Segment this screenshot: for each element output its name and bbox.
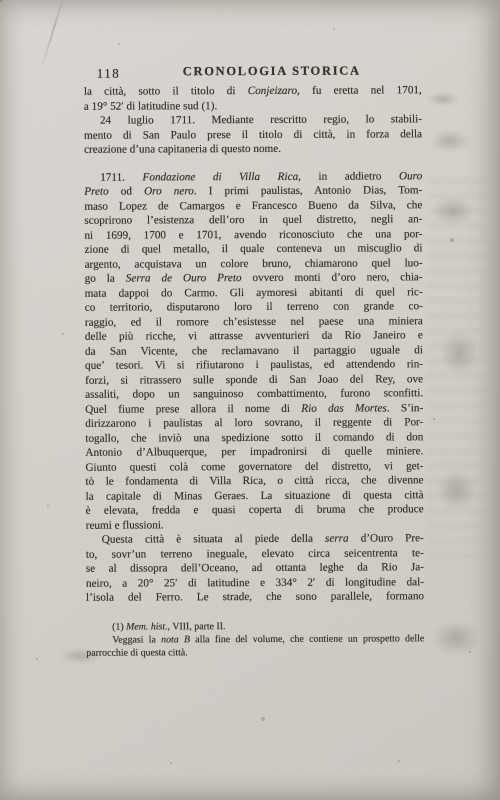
text-line: neiro, a 20° 25′ di latitudine e 334° 2′… — [86, 575, 424, 591]
text-line: que’ tesori. Vi si rifiutarono i paulist… — [85, 357, 423, 373]
ink-bleed-through — [428, 178, 484, 570]
page-number: 118 — [97, 66, 121, 82]
text-line: forzi, si ritrassero sulle sponde di San… — [85, 372, 423, 388]
text-line: dirizzarono i paulistas al loro sovrano,… — [85, 415, 423, 431]
text-line: 1711. Fondazione di Villa Rica, in addie… — [84, 169, 422, 185]
text-line: a 19° 52′ di latitudine sud (1). — [84, 98, 422, 114]
running-header-title: CRONOLOGIA STORICA — [183, 64, 361, 80]
text-line: è elevata, fredda e quasi coperta di bru… — [86, 502, 424, 518]
text-line: la capitale di Minas Geraes. La situazio… — [86, 488, 424, 504]
footnotes: (1) Mem. hist., VIII, parte II.Veggasi l… — [86, 619, 424, 659]
text-line: to, sovr’un terreno ineguale, elevato ci… — [86, 546, 424, 562]
text-line: co territorio, disputarono loro il terre… — [85, 299, 423, 315]
bleed-through-smudge — [436, 470, 476, 510]
text-line: Veggasi la nota B alla fine del volume, … — [86, 632, 424, 646]
text-line: 24 luglio 1711. Mediante rescritto regio… — [84, 112, 422, 128]
text-line: la città, sotto il titolo di Conjeizaro,… — [84, 83, 422, 99]
paper-crease — [40, 0, 66, 71]
text-line: tò le fondamenta di Villa Rica, o città … — [85, 473, 423, 489]
text-line: l’isola del Ferro. Le strade, che sono p… — [86, 589, 424, 605]
text-line: Questa città è situata al piede della se… — [86, 531, 424, 547]
text-line: scoprirono l’esistenza dell’oro in quel … — [84, 212, 422, 228]
text-line: maso Lopez de Camargos e Francesco Bueno… — [84, 198, 422, 214]
text-line: da San Vicente, che reclamavano il parta… — [85, 343, 423, 359]
text-line: assaliti, dopo un sanguinoso combattimen… — [85, 386, 423, 402]
paragraph: Veggasi la nota B alla fine del volume, … — [86, 632, 424, 659]
bleed-through-smudge — [432, 620, 480, 656]
text-line: mata dappoi do Carmo. Gli aymoresi abita… — [85, 285, 423, 301]
text-line: zione di quel metallo, il quale contenev… — [84, 241, 422, 257]
bleed-through-smudge — [430, 130, 470, 152]
body-text: la città, sotto il titolo di Conjeizaro,… — [84, 83, 424, 605]
text-line: Antonio d’Albuquerque, per impadronirsi … — [85, 444, 423, 460]
text-line: creazione d’una capitaneria di questo no… — [84, 141, 422, 157]
bleed-through-smudge — [426, 92, 460, 106]
text-line: delle più ricche, vi attrasse avventurie… — [85, 328, 423, 344]
text-line: Giunto questi colà come governatore del … — [85, 459, 423, 475]
bleed-through-smudge — [432, 196, 474, 226]
paragraph: 1711. Fondazione di Villa Rica, in addie… — [84, 169, 424, 533]
text-line: parrocchie di questa città. — [86, 645, 424, 659]
text-line: mento di San Paulo prese il titolo di ci… — [84, 127, 422, 143]
bleed-through-smudge — [440, 330, 478, 376]
dust-specks — [0, 0, 2, 2]
text-line: argento, acquistava un colore bruno, chi… — [85, 256, 423, 272]
page-content: 118 CRONOLOGIA STORICA la città, sotto i… — [84, 63, 425, 659]
paragraph: 24 luglio 1711. Mediante rescritto regio… — [84, 112, 422, 157]
text-line: ni 1699, 1700 e 1701, avendo riconosciut… — [84, 227, 422, 243]
book-page-scan: 118 CRONOLOGIA STORICA la città, sotto i… — [0, 0, 500, 800]
paragraph: la città, sotto il titolo di Conjeizaro,… — [84, 83, 422, 113]
text-line: Quel fiume prese allora il nome di Rio d… — [85, 401, 423, 417]
text-line: go la Serra de Ouro Preto ovvero monti d… — [85, 270, 423, 286]
text-line: togallo, che inviò una spedizione sotto … — [85, 430, 423, 446]
paragraph: Questa città è situata al piede della se… — [86, 531, 424, 605]
text-line: reumi e flussioni. — [86, 517, 424, 533]
running-header: 118 CRONOLOGIA STORICA — [84, 63, 422, 78]
text-line: se al dissopra dell’Oceano, ad ottanta l… — [86, 560, 424, 576]
text-line: raggio, ed il romore ch’esistesse nel pa… — [85, 314, 423, 330]
text-line: Preto od Oro nero. I primi paulistas, An… — [84, 183, 422, 199]
